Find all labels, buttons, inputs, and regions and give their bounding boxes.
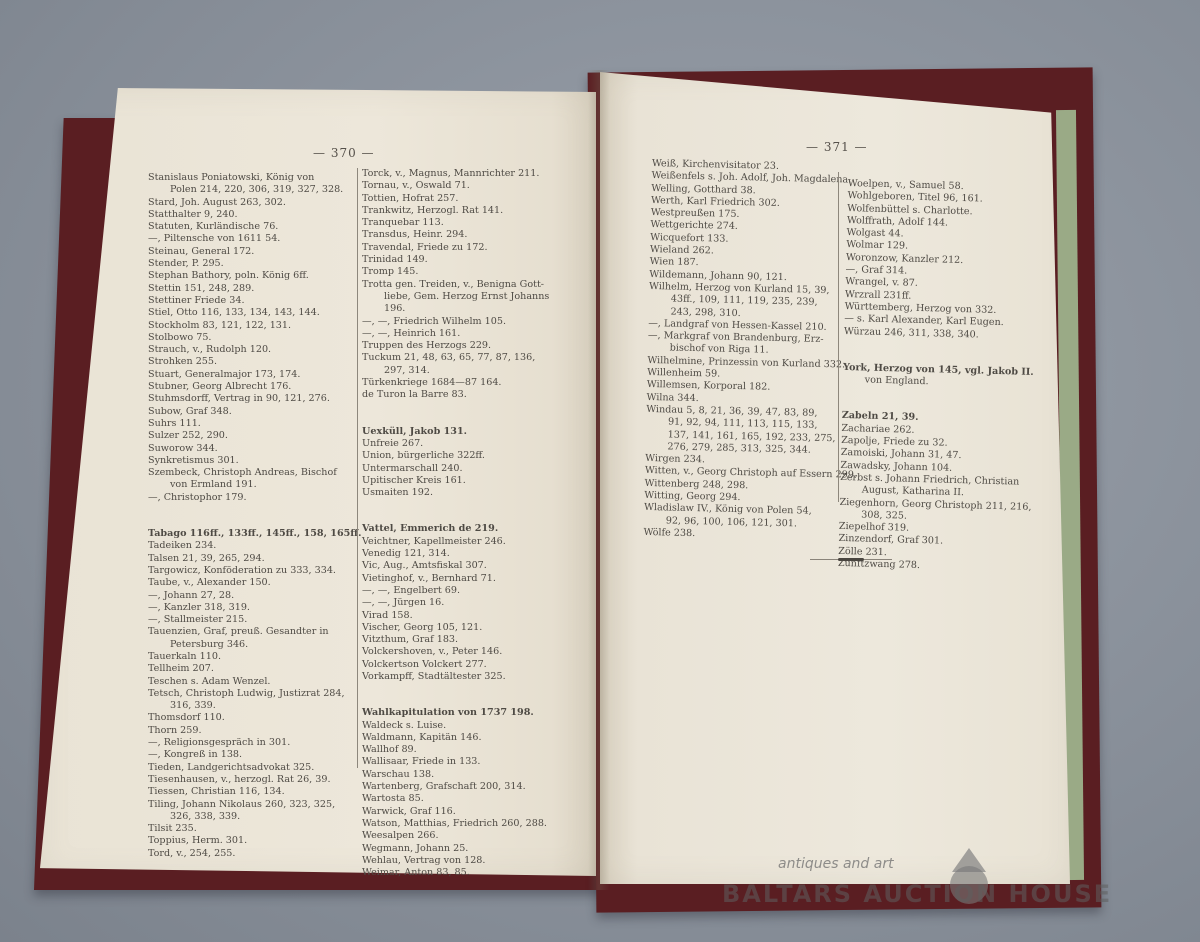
index-entry: Taube, v., Alexander 150. xyxy=(148,577,348,589)
index-entry: Thorn 259. xyxy=(148,725,348,737)
index-entry: Strauch, v., Rudolph 120. xyxy=(148,344,348,356)
index-entry: Union, bürgerliche 322ff. xyxy=(362,450,562,462)
index-entry: Thomsdorf 110. xyxy=(148,712,348,724)
index-entry: Stolbowo 75. xyxy=(148,332,348,344)
index-entry: Talsen 21, 39, 265, 294. xyxy=(148,553,348,565)
index-entry: Wallisaar, Friede in 133. xyxy=(362,756,562,768)
index-entry: Waldeck s. Luise. xyxy=(362,720,562,732)
index-entry: Suworow 344. xyxy=(148,443,348,455)
index-entry: Tauenzien, Graf, preuß. Gesandter in xyxy=(148,626,348,638)
index-entry: Venedig 121, 314. xyxy=(362,548,562,560)
end-ornament xyxy=(810,557,892,561)
index-entry-continuation: 196. xyxy=(362,303,562,315)
index-entry: Steinau, General 172. xyxy=(148,246,348,258)
right-page-column-1: Weiß, Kirchenvisitator 23.Weißenfels s. … xyxy=(643,158,837,543)
index-entry: Stubner, Georg Albrecht 176. xyxy=(148,381,348,393)
index-entry: Stender, P. 295. xyxy=(148,258,348,270)
index-entry: Stockholm 83, 121, 122, 131. xyxy=(148,320,348,332)
index-entry: —, Johann 27, 28. xyxy=(148,590,348,602)
index-entry: Teschen s. Adam Wenzel. xyxy=(148,676,348,688)
index-entry: Waldmann, Kapitän 146. xyxy=(362,732,562,744)
index-entry-continuation: Polen 214, 220, 306, 319, 327, 328. xyxy=(148,184,348,196)
index-entry: Wahlkapitulation von 1737 198. xyxy=(362,707,562,719)
index-entry: de Turon la Barre 83. xyxy=(362,389,562,401)
index-entry: Upitischer Kreis 161. xyxy=(362,475,562,487)
index-entry: Stard, Joh. August 263, 302. xyxy=(148,197,348,209)
index-entry: Unfreie 267. xyxy=(362,438,562,450)
index-entry: —, —, Friedrich Wilhelm 105. xyxy=(362,316,562,328)
index-entry: —, Religionsgespräch in 301. xyxy=(148,737,348,749)
index-entry: Volckertson Volckert 277. xyxy=(362,659,562,671)
index-entry: Transdus, Heinr. 294. xyxy=(362,229,562,241)
index-entry-continuation: 326, 338, 339. xyxy=(148,811,348,823)
index-entry: —, Stallmeister 215. xyxy=(148,614,348,626)
index-entry: Türkenkriege 1684—87 164. xyxy=(362,377,562,389)
index-entry-continuation: liebe, Gem. Herzog Ernst Johanns xyxy=(362,291,562,303)
index-entry: Travendal, Friede zu 172. xyxy=(362,242,562,254)
index-entry: Tauerkaln 110. xyxy=(148,651,348,663)
index-entry: Trinidad 149. xyxy=(362,254,562,266)
index-entry: Statuten, Kurländische 76. xyxy=(148,221,348,233)
index-entry: Virad 158. xyxy=(362,610,562,622)
index-entry: Vietinghof, v., Bernhard 71. xyxy=(362,573,562,585)
right-page-column-2: Woelpen, v., Samuel 58.Wohlgeboren, Tite… xyxy=(838,178,1028,575)
column-rule-right xyxy=(838,172,839,502)
section-gap xyxy=(362,683,562,707)
index-entry: Warwick, Graf 116. xyxy=(362,806,562,818)
index-entry: Vic, Aug., Amtsfiskal 307. xyxy=(362,560,562,572)
index-entry: Targowicz, Konföderation zu 333, 334. xyxy=(148,565,348,577)
index-entry: Warschau 138. xyxy=(362,769,562,781)
index-entry: Stettiner Friede 34. xyxy=(148,295,348,307)
index-entry: Wartosta 85. xyxy=(362,793,562,805)
watermark-tagline: antiques and art xyxy=(778,856,894,872)
index-entry: Vattel, Emmerich de 219. xyxy=(362,523,562,535)
index-entry-continuation: 316, 339. xyxy=(148,700,348,712)
index-entry: Tilsit 235. xyxy=(148,823,348,835)
index-entry: Trotta gen. Treiden, v., Benigna Gott- xyxy=(362,279,562,291)
index-entry: Sulzer 252, 290. xyxy=(148,430,348,442)
index-entry: Stuart, Generalmajor 173, 174. xyxy=(148,369,348,381)
section-gap xyxy=(362,499,562,523)
index-entry: Tieden, Landgerichtsadvokat 325. xyxy=(148,762,348,774)
index-entry: Volckershoven, v., Peter 146. xyxy=(362,646,562,658)
index-entry: Strohken 255. xyxy=(148,356,348,368)
index-entry: Stuhmsdorff, Vertrag in 90, 121, 276. xyxy=(148,393,348,405)
index-entry: Toppius, Herm. 301. xyxy=(148,835,348,847)
index-entry: Wehlau, Vertrag von 128. xyxy=(362,855,562,867)
index-entry: Torck, v., Magnus, Mannrichter 211. xyxy=(362,168,562,180)
index-entry: —, —, Engelbert 69. xyxy=(362,585,562,597)
index-entry: Tord, v., 254, 255. xyxy=(148,848,348,860)
index-entry: Tabago 116ff., 133ff., 145ff., 158, 165f… xyxy=(148,528,348,540)
index-entry: Vorkampff, Stadtältester 325. xyxy=(362,671,562,683)
index-entry: Veichtner, Kapellmeister 246. xyxy=(362,536,562,548)
index-entry: Tornau, v., Oswald 71. xyxy=(362,180,562,192)
index-entry: Stanislaus Poniatowski, König von xyxy=(148,172,348,184)
index-entry: Stiel, Otto 116, 133, 134, 143, 144. xyxy=(148,307,348,319)
index-entry: Untermarschall 240. xyxy=(362,463,562,475)
index-entry: —, Kongreß in 138. xyxy=(148,749,348,761)
index-entry: Tiessen, Christian 116, 134. xyxy=(148,786,348,798)
index-entry-continuation: Petersburg 346. xyxy=(148,639,348,651)
index-entry: Wallhof 89. xyxy=(362,744,562,756)
left-page-number: — 370 — xyxy=(313,146,375,160)
right-page-number: — 371 — xyxy=(806,140,868,154)
index-entry: Tiling, Johann Nikolaus 260, 323, 325, xyxy=(148,799,348,811)
index-entry: Vitzthum, Graf 183. xyxy=(362,634,562,646)
index-entry: Truppen des Herzogs 229. xyxy=(362,340,562,352)
index-entry: Trankwitz, Herzogl. Rat 141. xyxy=(362,205,562,217)
index-entry: —, Christophor 179. xyxy=(148,492,348,504)
index-entry: Synkretismus 301. xyxy=(148,455,348,467)
index-entry: Suhrs 111. xyxy=(148,418,348,430)
index-entry: Tranquebar 113. xyxy=(362,217,562,229)
index-entry: Tottien, Hofrat 257. xyxy=(362,193,562,205)
index-entry: —, —, Heinrich 161. xyxy=(362,328,562,340)
index-entry: Weimar, Anton 83, 85. xyxy=(362,867,562,879)
index-entry: Tellheim 207. xyxy=(148,663,348,675)
index-entry: Usmaiten 192. xyxy=(362,487,562,499)
watermark-brand: BALTARS AUCTION HOUSE xyxy=(722,880,1112,908)
index-entry: Tadeiken 234. xyxy=(148,540,348,552)
index-entry: Watson, Matthias, Friedrich 260, 288. xyxy=(362,818,562,830)
index-entry: Tetsch, Christoph Ludwig, Justizrat 284, xyxy=(148,688,348,700)
index-entry: Wegmann, Johann 25. xyxy=(362,843,562,855)
index-entry: Stettin 151, 248, 289. xyxy=(148,283,348,295)
index-entry: —, Kanzler 318, 319. xyxy=(148,602,348,614)
index-entry: Uexküll, Jakob 131. xyxy=(362,426,562,438)
index-entry-continuation: 297, 314. xyxy=(362,365,562,377)
index-entry: Szembeck, Christoph Andreas, Bischof xyxy=(148,467,348,479)
section-gap xyxy=(148,504,348,528)
index-entry: Tromp 145. xyxy=(362,266,562,278)
book-gutter xyxy=(588,70,610,890)
index-entry-continuation: von Ermland 191. xyxy=(148,479,348,491)
index-entry: —, Piltensche von 1611 54. xyxy=(148,233,348,245)
index-entry: Subow, Graf 348. xyxy=(148,406,348,418)
index-entry: —, —, Jürgen 16. xyxy=(362,597,562,609)
index-entry: Vischer, Georg 105, 121. xyxy=(362,622,562,634)
index-entry: Tuckum 21, 48, 63, 65, 77, 87, 136, xyxy=(362,352,562,364)
section-gap xyxy=(362,402,562,426)
column-rule-left xyxy=(357,168,358,768)
index-entry: Weesalpen 266. xyxy=(362,830,562,842)
index-entry: Statthalter 9, 240. xyxy=(148,209,348,221)
left-page-column-2: Torck, v., Magnus, Mannrichter 211.Torna… xyxy=(362,168,562,879)
index-entry: Tiesenhausen, v., herzogl. Rat 26, 39. xyxy=(148,774,348,786)
index-entry: Stephan Bathory, poln. König 6ff. xyxy=(148,270,348,282)
index-entry: Wartenberg, Grafschaft 200, 314. xyxy=(362,781,562,793)
left-page-column-1: Stanislaus Poniatowski, König vonPolen 2… xyxy=(148,172,348,860)
